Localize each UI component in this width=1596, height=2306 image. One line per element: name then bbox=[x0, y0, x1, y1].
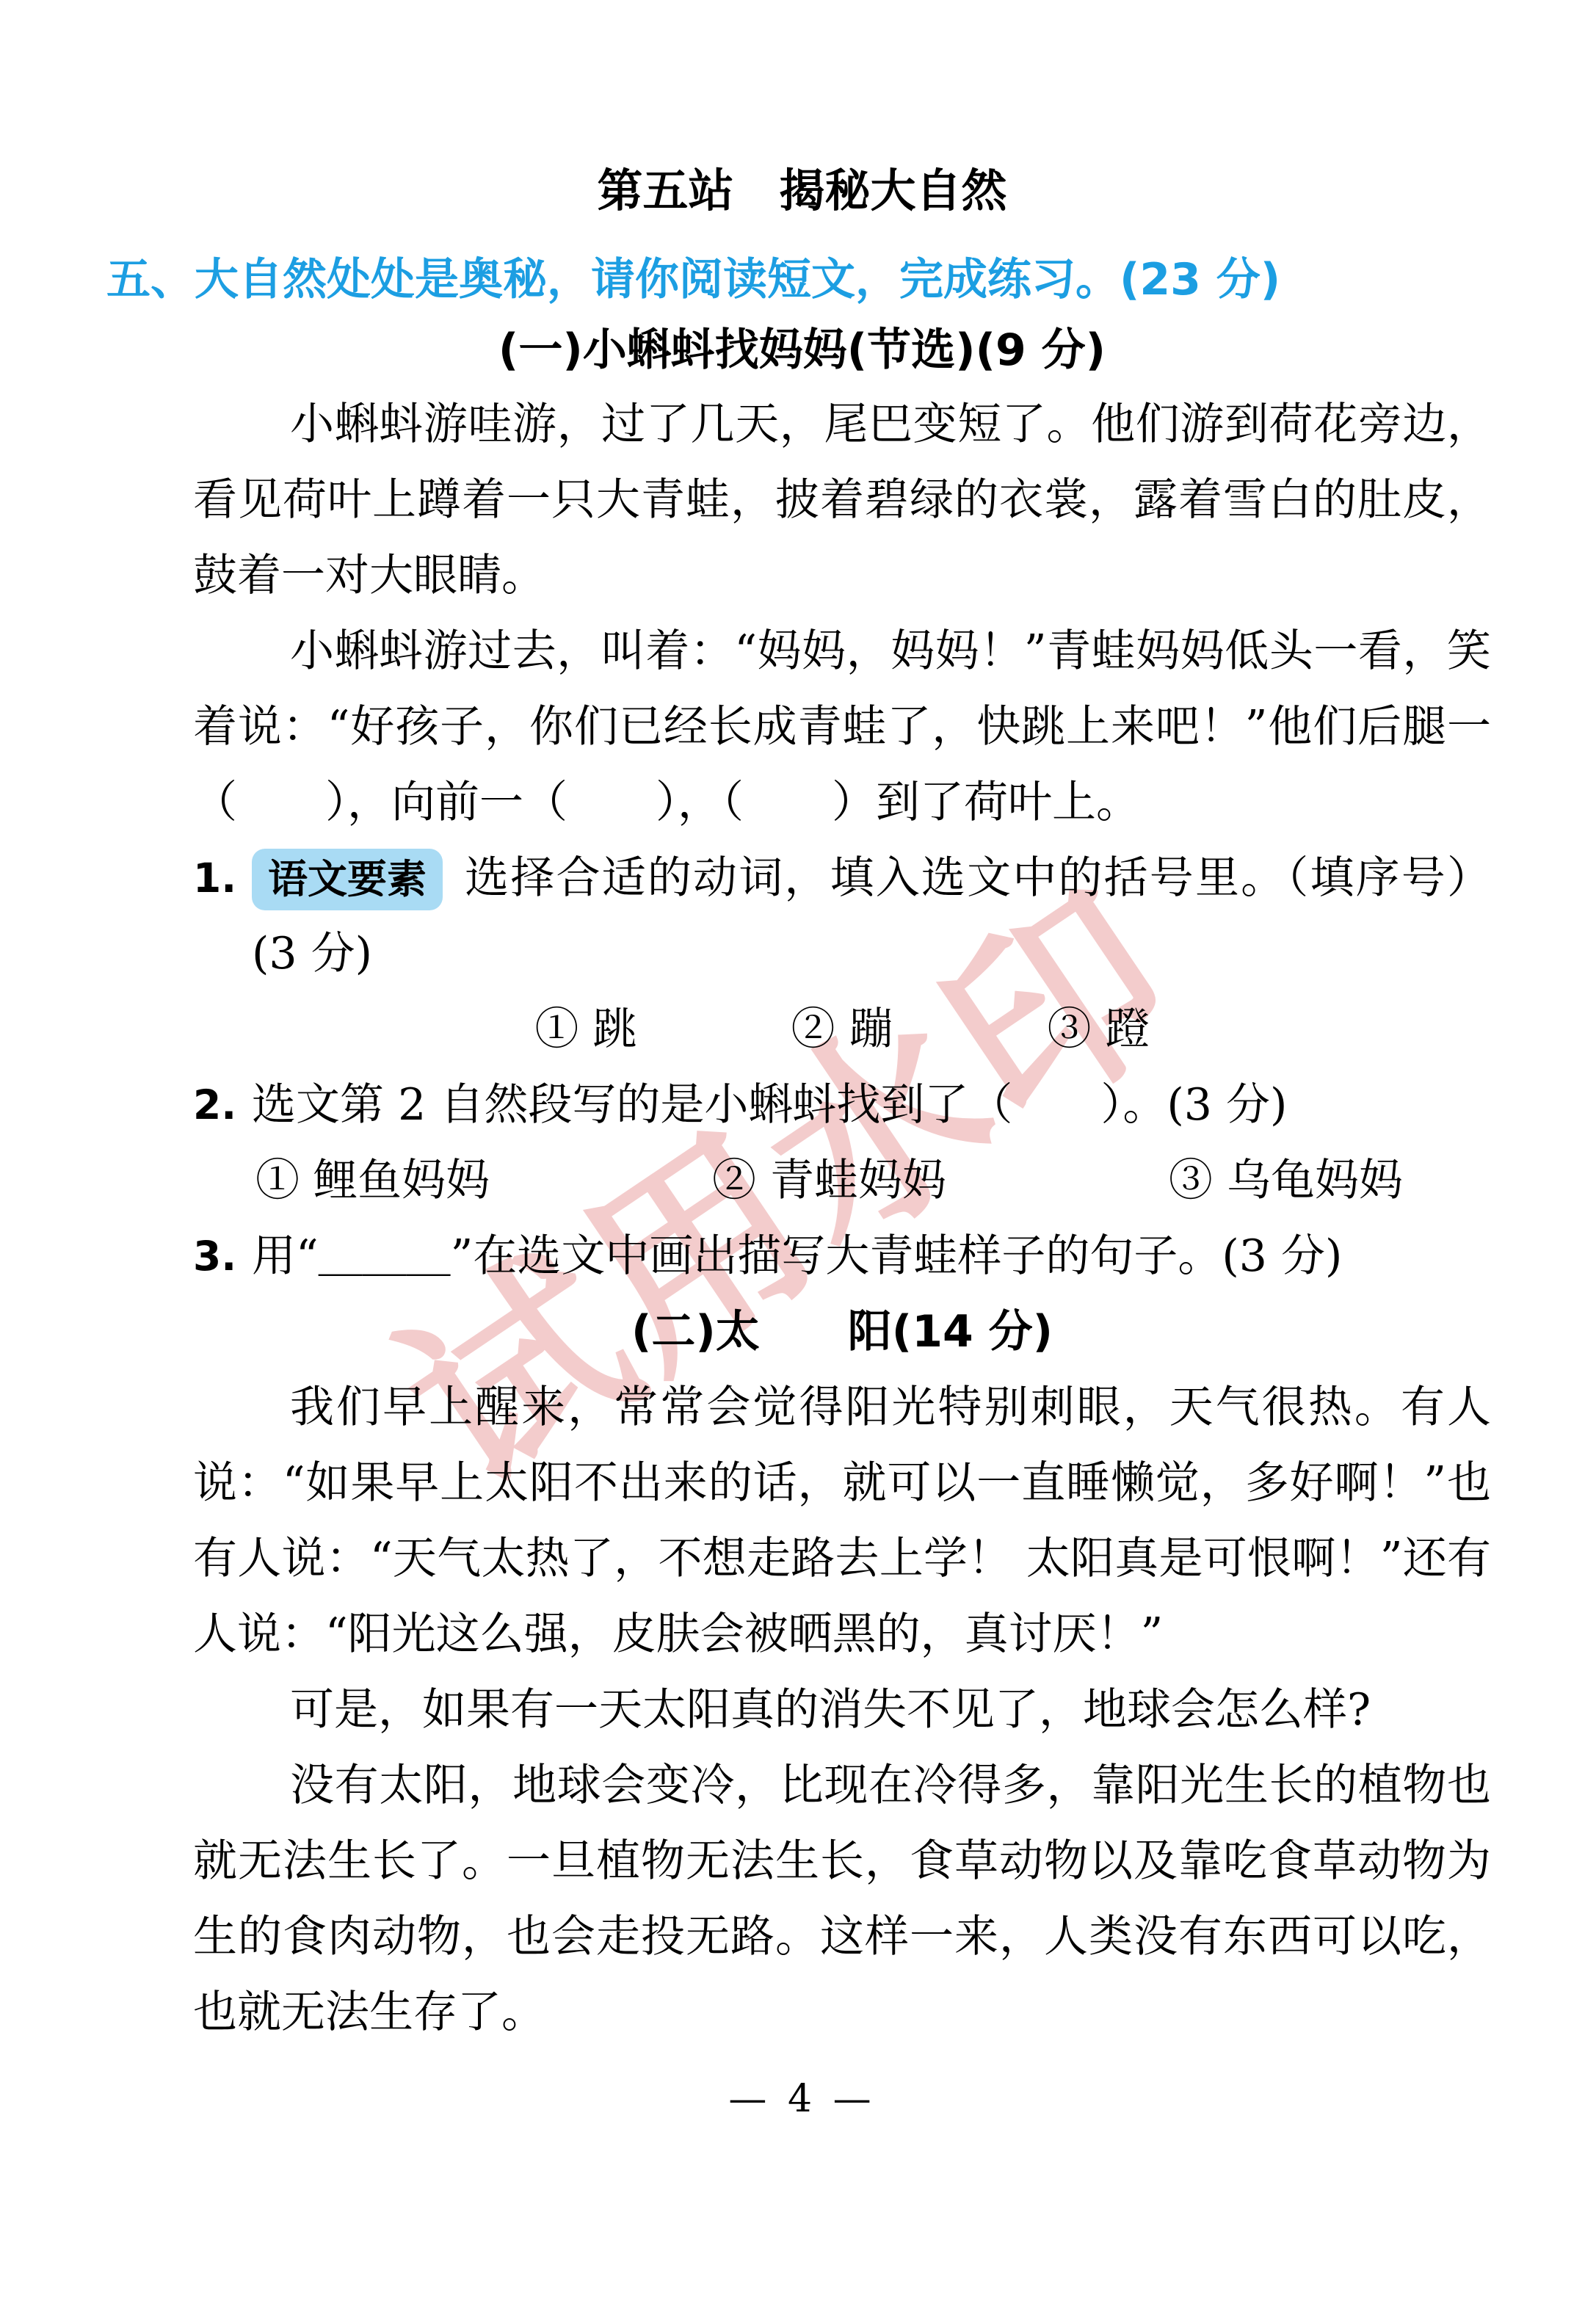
question-2: 2. 选文第 2 自然段写的是小蝌蚪找到了（ ）。(3 分) bbox=[193, 1067, 1491, 1143]
worksheet-page: 试用水印 第五站 揭秘大自然 五、大自然处处是奥秘，请你阅读短文，完成练习。(2… bbox=[0, 0, 1596, 2306]
body-block: 小蝌蚪游哇游，过了几天，尾巴变短了。他们游到荷花旁边，看见荷叶上蹲着一只大青蛙，… bbox=[193, 387, 1491, 2051]
question-1-option-2: ② 蹦 bbox=[791, 992, 893, 1067]
question-3-text: 用“＿＿＿”在选文中画出描写大青蛙样子的句子。(3 分) bbox=[252, 1230, 1342, 1282]
question-2-text: 选文第 2 自然段写的是小蝌蚪找到了（ ）。(3 分) bbox=[252, 1079, 1287, 1131]
question-1-options: ① 跳 ② 蹦 ③ 蹬 bbox=[193, 992, 1491, 1067]
page-number: — 4 — bbox=[106, 2077, 1498, 2121]
passage1-paragraph-1: 小蝌蚪游哇游，过了几天，尾巴变短了。他们游到荷花旁边，看见荷叶上蹲着一只大青蛙，… bbox=[193, 387, 1491, 614]
page-title: 第五站 揭秘大自然 bbox=[106, 158, 1498, 224]
page-content: 第五站 揭秘大自然 五、大自然处处是奥秘，请你阅读短文，完成练习。(23 分) … bbox=[0, 0, 1596, 2121]
passage2-paragraph-2: 可是，如果有一天太阳真的消失不见了，地球会怎么样? bbox=[193, 1672, 1491, 1748]
question-2-option-2: ② 青蛙妈妈 bbox=[712, 1143, 946, 1219]
section-heading: 五、大自然处处是奥秘，请你阅读短文，完成练习。(23 分) bbox=[106, 246, 1498, 313]
passage1-paragraph-2: 小蝌蚪游过去，叫着：“妈妈，妈妈！”青蛙妈妈低头一看，笑着说：“好孩子，你们已经… bbox=[193, 614, 1491, 841]
question-1: 1. 语文要素选择合适的动词，填入选文中的括号里。（填序号）(3 分) bbox=[193, 841, 1491, 992]
question-1-option-3: ③ 蹬 bbox=[1048, 992, 1150, 1067]
passage2-paragraph-3: 没有太阳，地球会变冷，比现在冷得多，靠阳光生长的植物也就无法生长了。一旦植物无法… bbox=[193, 1748, 1491, 2051]
question-1-option-1: ① 跳 bbox=[534, 992, 636, 1067]
question-2-number: 2. bbox=[193, 1067, 236, 1143]
question-2-option-1: ① 鲤鱼妈妈 bbox=[255, 1143, 490, 1219]
question-3-number: 3. bbox=[193, 1219, 236, 1294]
passage2-paragraph-1: 我们早上醒来，常常会觉得阳光特别刺眼，天气很热。有人说：“如果早上太阳不出来的话… bbox=[193, 1370, 1491, 1672]
question-3: 3. 用“＿＿＿”在选文中画出描写大青蛙样子的句子。(3 分) bbox=[193, 1219, 1491, 1294]
question-2-options: ① 鲤鱼妈妈 ② 青蛙妈妈 ③ 乌龟妈妈 bbox=[193, 1143, 1491, 1219]
passage2-title: (二)太 阳(14 分) bbox=[193, 1294, 1491, 1370]
question-2-option-3: ③ 乌龟妈妈 bbox=[1169, 1143, 1403, 1219]
yuwen-yaosu-badge: 语文要素 bbox=[252, 849, 443, 910]
question-1-number: 1. bbox=[193, 841, 236, 916]
passage1-title: (一)小蝌蚪找妈妈(节选)(9 分) bbox=[106, 313, 1498, 387]
